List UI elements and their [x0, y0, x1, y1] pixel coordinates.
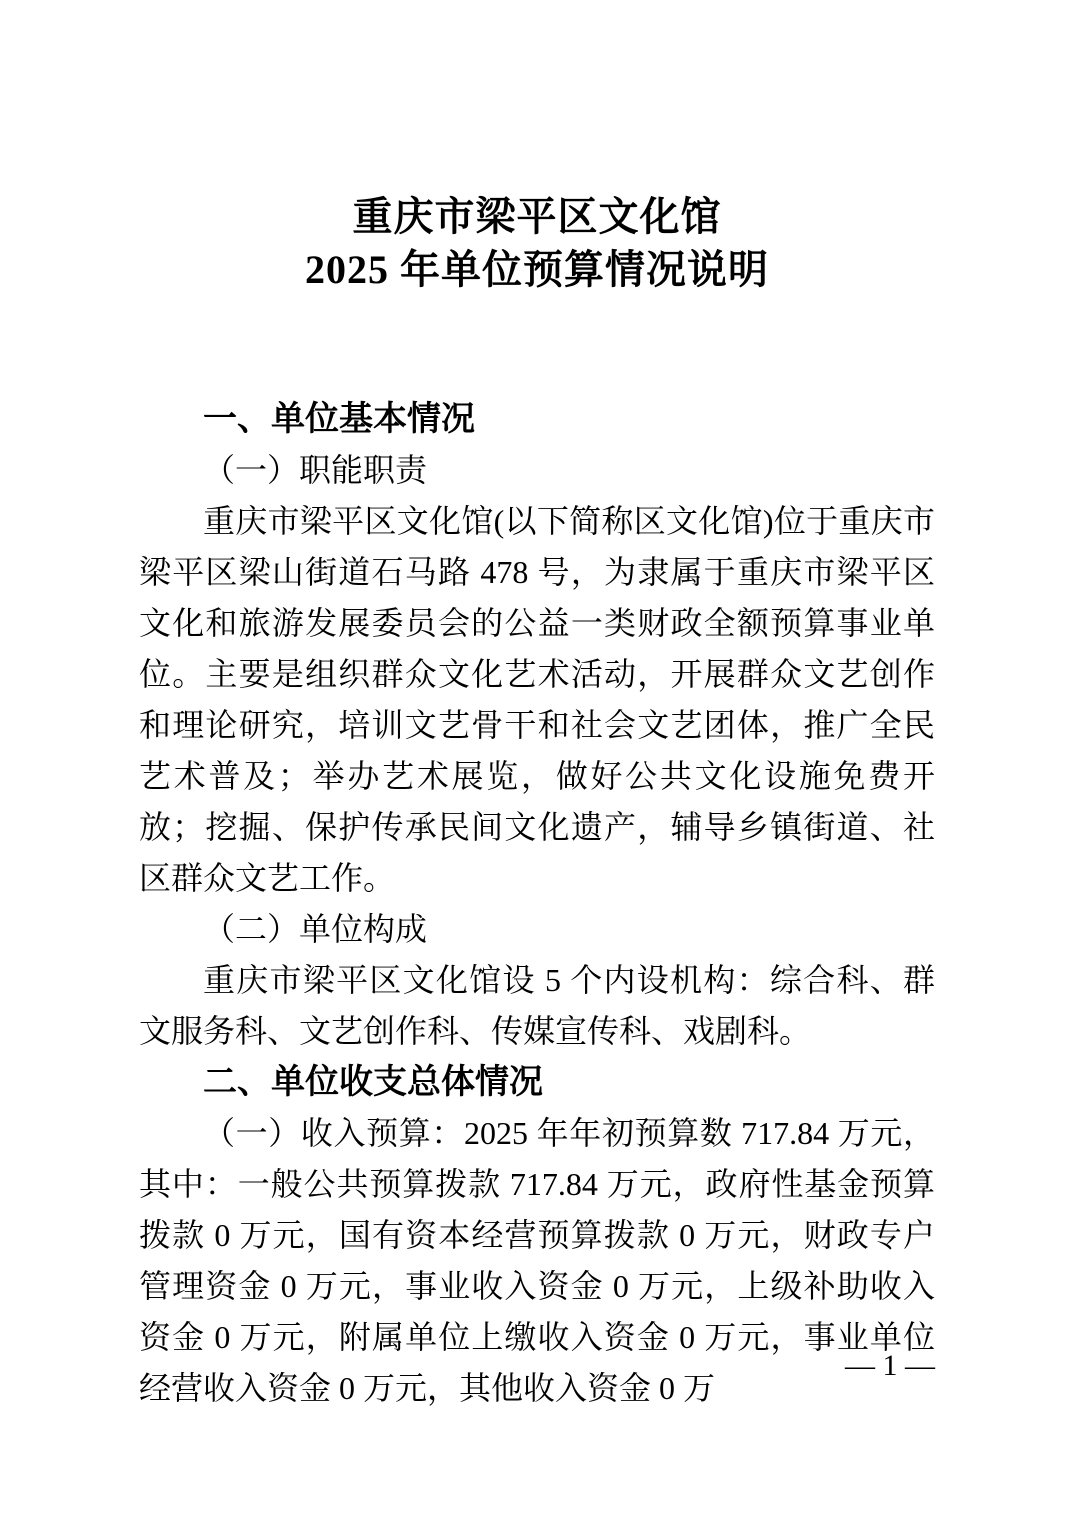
paragraph-income-budget: （一）收入预算：2025 年年初预算数 717.84 万元，其中：一般公共预算拨…	[139, 1108, 935, 1414]
paragraph-composition: 重庆市梁平区文化馆设 5 个内设机构：综合科、群文服务科、文艺创作科、传媒宣传科…	[139, 955, 935, 1057]
section-heading-basic-info: 一、单位基本情况	[139, 394, 935, 445]
document-page: 重庆市梁平区文化馆 2025 年单位预算情况说明 一、单位基本情况 （一）职能职…	[0, 0, 1074, 1520]
subsection-heading-composition: （二）单位构成	[139, 904, 935, 955]
page-number: — 1 —	[845, 1350, 935, 1382]
document-content: 重庆市梁平区文化馆 2025 年单位预算情况说明 一、单位基本情况 （一）职能职…	[139, 0, 935, 1414]
subsection-heading-functions: （一）职能职责	[139, 445, 935, 496]
document-title-line-1: 重庆市梁平区文化馆	[139, 190, 935, 243]
paragraph-functions: 重庆市梁平区文化馆(以下简称区文化馆)位于重庆市梁平区梁山街道石马路 478 号…	[139, 496, 935, 904]
document-title: 重庆市梁平区文化馆 2025 年单位预算情况说明	[139, 190, 935, 296]
section-heading-revenue-expenditure: 二、单位收支总体情况	[139, 1057, 935, 1108]
document-title-line-2: 2025 年单位预算情况说明	[139, 243, 935, 296]
